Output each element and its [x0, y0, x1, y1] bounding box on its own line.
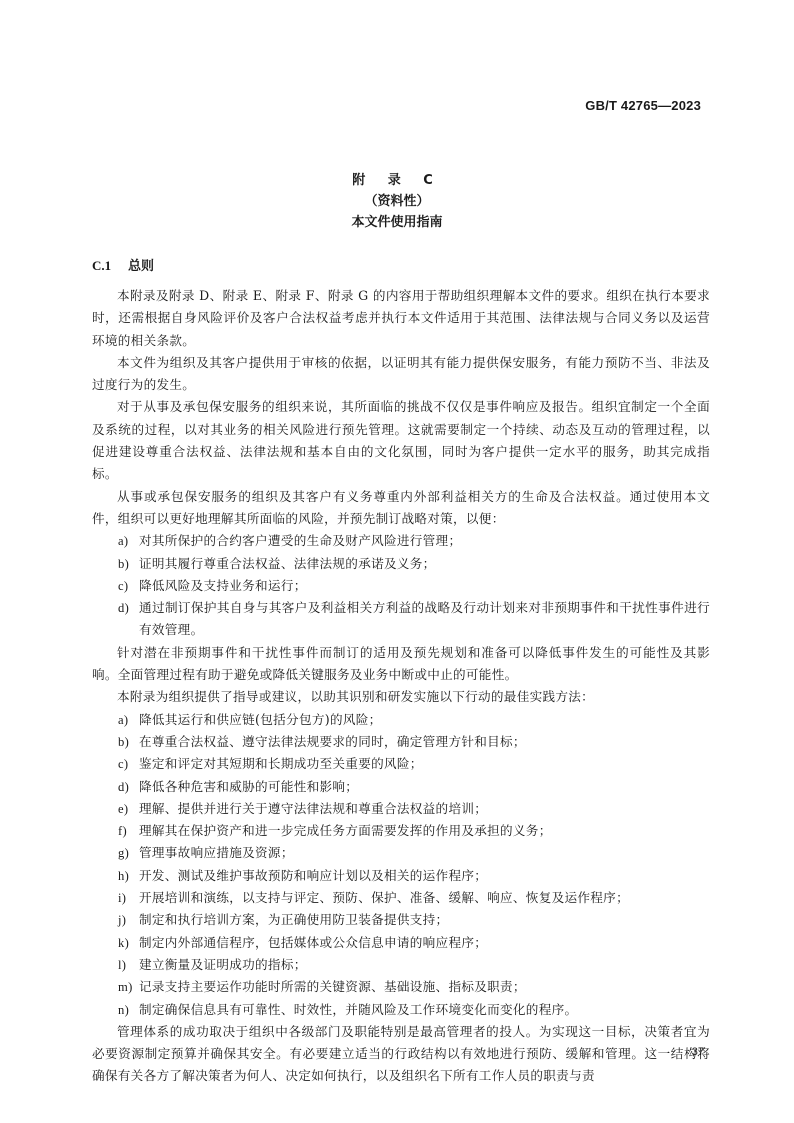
list-text: 对其所保护的合约客户遭受的生命及财产风险进行管理； — [139, 530, 710, 552]
list-text: 通过制订保护其自身与其客户及利益相关方利益的战略及行动计划来对非预期事件和干扰性… — [139, 597, 710, 642]
list-label: f) — [118, 820, 139, 842]
list-label: i) — [118, 887, 139, 909]
list-text: 降低风险及支持业务和运行； — [139, 575, 710, 597]
paragraph: 本附录为组织提供了指导或建议，以助其识别和研发实施以下行动的最佳实践方法： — [92, 686, 710, 708]
list-label: g) — [118, 842, 139, 864]
paragraph: 本附录及附录 D、附录 E、附录 F、附录 G 的内容用于帮助组织理解本文件的要… — [92, 285, 710, 352]
list-label: h) — [118, 865, 139, 887]
list-label: b) — [118, 731, 139, 753]
list-label: l) — [118, 954, 139, 976]
section-heading: C.1总则 — [92, 255, 154, 274]
list-text: 管理事故响应措施及资源； — [139, 842, 710, 864]
paragraph: 针对潜在非预期事件和干扰性事件而制订的适用及预先规划和准备可以降低事件发生的可能… — [92, 642, 710, 687]
paragraph: 本文件为组织及其客户提供用于审核的依据，以证明其有能力提供保安服务，有能力预防不… — [92, 352, 710, 397]
list-item: b)证明其履行尊重合法权益、法律法规的承诺及义务； — [118, 553, 710, 575]
list-item: d)通过制订保护其自身与其客户及利益相关方利益的战略及行动计划来对非预期事件和干… — [118, 597, 710, 642]
annex-type: （资料性） — [0, 191, 794, 212]
list-text: 开发、测试及维护事故预防和响应计划以及相关的运作程序； — [139, 865, 710, 887]
list-item: f)理解其在保护资产和进一步完成任务方面需要发挥的作用及承担的义务； — [118, 820, 710, 842]
annex-title: 附 录 C — [0, 170, 794, 191]
list-label: c) — [118, 575, 139, 597]
paragraph: 对于从事及承包保安服务的组织来说，其所面临的挑战不仅仅是事件响应及报告。组织宜制… — [92, 396, 710, 485]
paragraph: 管理体系的成功取决于组织中各级部门及职能特别是最高管理者的投人。为实现这一目标，… — [92, 1021, 710, 1088]
list-label: a) — [118, 530, 139, 552]
list-item: j)制定和执行培训方案，为正确使用防卫装备提供支持； — [118, 909, 710, 931]
list-text: 证明其履行尊重合法权益、法律法规的承诺及义务； — [139, 553, 710, 575]
document-body: 本附录及附录 D、附录 E、附录 F、附录 G 的内容用于帮助组织理解本文件的要… — [92, 285, 710, 1088]
list-item: n)制定确保信息具有可靠性、时效性，并随风险及工作环境变化而变化的程序。 — [118, 999, 710, 1021]
list-item: h)开发、测试及维护事故预防和响应计划以及相关的运作程序； — [118, 865, 710, 887]
objectives-list: a)对其所保护的合约客户遭受的生命及财产风险进行管理； b)证明其履行尊重合法权… — [92, 530, 710, 641]
list-label: d) — [118, 776, 139, 798]
list-text: 建立衡量及证明成功的指标； — [139, 954, 710, 976]
section-number: C.1 — [92, 258, 128, 274]
list-label: m) — [118, 976, 139, 998]
list-item: k)制定内外部通信程序，包括媒体或公众信息申请的响应程序； — [118, 932, 710, 954]
list-text: 降低其运行和供应链(包括分包方)的风险； — [139, 709, 710, 731]
list-text: 制定和执行培训方案，为正确使用防卫装备提供支持； — [139, 909, 710, 931]
list-text: 制定确保信息具有可靠性、时效性，并随风险及工作环境变化而变化的程序。 — [139, 999, 710, 1021]
list-label: k) — [118, 932, 139, 954]
list-item: b)在尊重合法权益、遵守法律法规要求的同时，确定管理方针和目标； — [118, 731, 710, 753]
list-item: e)理解、提供并进行关于遵守法律法规和尊重合法权益的培训； — [118, 798, 710, 820]
paragraph: 从事或承包保安服务的组织及其客户有义务尊重内外部利益相关方的生命及合法权益。通过… — [92, 486, 710, 531]
list-item: d)降低各种危害和威胁的可能性和影响； — [118, 776, 710, 798]
list-label: b) — [118, 553, 139, 575]
list-item: g)管理事故响应措施及资源； — [118, 842, 710, 864]
list-label: c) — [118, 753, 139, 775]
list-text: 理解、提供并进行关于遵守法律法规和尊重合法权益的培训； — [139, 798, 710, 820]
annex-heading: 附 录 C （资料性） 本文件使用指南 — [0, 170, 794, 233]
list-item: c)鉴定和评定对其短期和长期成功至关重要的风险； — [118, 753, 710, 775]
list-item: l)建立衡量及证明成功的指标； — [118, 954, 710, 976]
annex-name: 本文件使用指南 — [0, 212, 794, 233]
list-label: j) — [118, 909, 139, 931]
page-number: 37 — [692, 1046, 704, 1058]
list-item: a)降低其运行和供应链(包括分包方)的风险； — [118, 709, 710, 731]
list-label: d) — [118, 597, 139, 642]
standard-code: GB/T 42765—2023 — [585, 98, 701, 113]
list-text: 记录支持主要运作功能时所需的关键资源、基础设施、指标及职责； — [139, 976, 710, 998]
list-item: c)降低风险及支持业务和运行； — [118, 575, 710, 597]
list-text: 降低各种危害和威胁的可能性和影响； — [139, 776, 710, 798]
list-item: i)开展培训和演练，以支持与评定、预防、保护、准备、缓解、响应、恢复及运作程序； — [118, 887, 710, 909]
list-text: 鉴定和评定对其短期和长期成功至关重要的风险； — [139, 753, 710, 775]
list-label: a) — [118, 709, 139, 731]
list-text: 开展培训和演练，以支持与评定、预防、保护、准备、缓解、响应、恢复及运作程序； — [139, 887, 710, 909]
list-text: 在尊重合法权益、遵守法律法规要求的同时，确定管理方针和目标； — [139, 731, 710, 753]
list-item: m)记录支持主要运作功能时所需的关键资源、基础设施、指标及职责； — [118, 976, 710, 998]
list-label: n) — [118, 999, 139, 1021]
best-practices-list: a)降低其运行和供应链(包括分包方)的风险； b)在尊重合法权益、遵守法律法规要… — [92, 709, 710, 1021]
list-label: e) — [118, 798, 139, 820]
list-text: 理解其在保护资产和进一步完成任务方面需要发挥的作用及承担的义务； — [139, 820, 710, 842]
list-item: a)对其所保护的合约客户遭受的生命及财产风险进行管理； — [118, 530, 710, 552]
section-title: 总则 — [128, 259, 154, 274]
list-text: 制定内外部通信程序，包括媒体或公众信息申请的响应程序； — [139, 932, 710, 954]
